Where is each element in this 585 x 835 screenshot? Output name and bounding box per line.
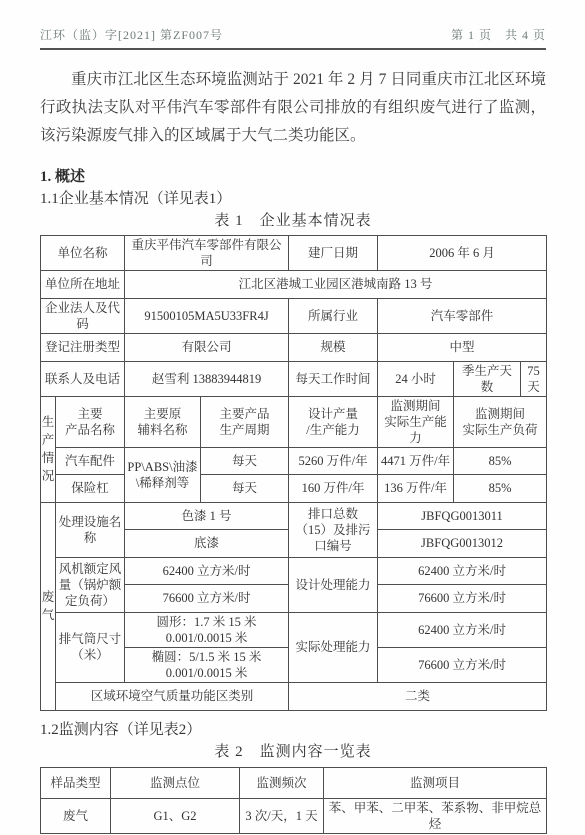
table-row: 保险杠 每天 160 万件/年 136 万件/年 85% [41, 474, 547, 502]
prod-header-actual: 监测期间 实际生产能力 [378, 396, 454, 447]
prod-header-material: 主要原 辅料名称 [125, 396, 201, 447]
fan-2: 76600 立方米/时 [125, 584, 289, 612]
actual-capacity-label: 实际处理能力 [289, 612, 378, 682]
contact-label: 联系人及电话 [41, 361, 125, 396]
table-row: 风机额定风 量（锅炉额 定负荷） 62400 立方米/时 设计处理能力 6240… [41, 557, 547, 584]
address-label: 单位所在地址 [41, 270, 125, 298]
table-row: 汽车配件 PP\ABS\油漆 \稀释剂等 每天 5260 万件/年 4471 万… [41, 447, 547, 474]
outlet-2: JBFQG0013012 [378, 529, 547, 557]
unit-name-label: 单位名称 [41, 235, 125, 270]
table-row: 废气 处理设施名 称 色漆 1 号 排口总数 （15）及排污 口编号 JBFQG… [41, 502, 547, 529]
work-time-value: 24 小时 [378, 361, 454, 396]
table-row: 企业法人及代码 91500105MA5U33FR4J 所属行业 汽车零部件 [41, 298, 547, 333]
legal-code-value: 91500105MA5U33FR4J [125, 298, 289, 333]
t2-items: 苯、甲苯、二甲苯、苯系物、非甲烷总烃 [324, 798, 547, 833]
intro-paragraph: 重庆市江北区生态环境监测站于 2021 年 2 月 7 日同重庆市江北区环境行政… [40, 66, 546, 150]
industry-value: 汽车零部件 [378, 298, 547, 333]
monitoring-content-table: 样品类型 监测点位 监测频次 监测项目 废气 G1、G2 3 次/天，1 天 苯… [40, 767, 547, 834]
table1-caption: 表 1 企业基本情况表 [40, 210, 546, 232]
season-days-label: 季生产天数 [454, 361, 521, 396]
actual-capacity-1: 62400 立方米/时 [378, 612, 547, 647]
reg-type-value: 有限公司 [125, 333, 289, 361]
facility-2: 底漆 [125, 529, 289, 557]
section-heading: 1. 概述 [40, 166, 546, 188]
company-info-table: 单位名称 重庆平伟汽车零部件有限公司 建厂日期 2006 年 6 月 单位所在地… [40, 235, 547, 711]
fan-1: 62400 立方米/时 [125, 557, 289, 584]
address-value: 江北区港城工业园区港城南路 13 号 [125, 270, 547, 298]
prod-material: PP\ABS\油漆 \稀释剂等 [125, 447, 201, 502]
document-number: 江环（监）字[2021] 第ZF007号 [40, 26, 223, 43]
design-capacity-label: 设计处理能力 [289, 557, 378, 612]
outlet-1: JBFQG0013011 [378, 502, 547, 529]
contact-value: 赵雪利 13883944819 [125, 361, 289, 396]
prod1-cycle: 每天 [201, 447, 289, 474]
table-row: 联系人及电话 赵雪利 13883944819 每天工作时间 24 小时 季生产天… [41, 361, 547, 396]
facility-1: 色漆 1 号 [125, 502, 289, 529]
table-row: 区域环境空气质量功能区类别 二类 [41, 682, 547, 710]
production-group-label: 生产情况 [41, 396, 56, 502]
table-row: 单位名称 重庆平伟汽车零部件有限公司 建厂日期 2006 年 6 月 [41, 235, 547, 270]
reg-type-label: 登记注册类型 [41, 333, 125, 361]
t2-header-point: 监测点位 [111, 767, 240, 798]
t2-header-frequency: 监测频次 [240, 767, 324, 798]
table-row: 废气 G1、G2 3 次/天，1 天 苯、甲苯、二甲苯、苯系物、非甲烷总烃 [41, 798, 547, 833]
design-capacity-2: 76600 立方米/时 [378, 584, 547, 612]
prod2-load: 85% [454, 474, 547, 502]
t2-header-items: 监测项目 [324, 767, 547, 798]
prod2-actual: 136 万件/年 [378, 474, 454, 502]
prod1-product: 汽车配件 [56, 447, 125, 474]
page-header: 江环（监）字[2021] 第ZF007号 第 1 页 共 4 页 [40, 26, 546, 50]
scale-label: 规模 [289, 333, 378, 361]
scale-value: 中型 [378, 333, 547, 361]
prod1-load: 85% [454, 447, 547, 474]
table-row: 单位所在地址 江北区港城工业园区港城南路 13 号 [41, 270, 547, 298]
fan-label: 风机额定风 量（锅炉额 定负荷） [56, 557, 125, 612]
subsection-1-1: 1.1企业基本情况（详见表1） [40, 188, 546, 210]
legal-code-label: 企业法人及代码 [41, 298, 125, 333]
t2-frequency: 3 次/天，1 天 [240, 798, 324, 833]
actual-capacity-2: 76600 立方米/时 [378, 647, 547, 682]
document-page: 江环（监）字[2021] 第ZF007号 第 1 页 共 4 页 重庆市江北区生… [0, 0, 585, 835]
prod2-product: 保险杠 [56, 474, 125, 502]
prod-header-load: 监测期间 实际生产负荷 [454, 396, 547, 447]
stack-1: 圆形：1.7 米 15 米 0.001/0.0015 米 [125, 612, 289, 647]
table-row: 样品类型 监测点位 监测频次 监测项目 [41, 767, 547, 798]
build-date-value: 2006 年 6 月 [378, 235, 547, 270]
table-row: 登记注册类型 有限公司 规模 中型 [41, 333, 547, 361]
build-date-label: 建厂日期 [289, 235, 378, 270]
t2-sample-type: 废气 [41, 798, 111, 833]
prod-header-design: 设计产量 /生产能力 [289, 396, 378, 447]
outlet-label: 排口总数 （15）及排污 口编号 [289, 502, 378, 557]
prod-header-product: 主要 产品名称 [56, 396, 125, 447]
prod2-cycle: 每天 [201, 474, 289, 502]
t2-header-sample-type: 样品类型 [41, 767, 111, 798]
stack-label: 排气筒尺寸 （米） [56, 612, 125, 682]
subsection-1-2: 1.2监测内容（详见表2） [40, 719, 546, 741]
page-number: 第 1 页 共 4 页 [451, 26, 546, 43]
prod1-design: 5260 万件/年 [289, 447, 378, 474]
unit-name-value: 重庆平伟汽车零部件有限公司 [125, 235, 289, 270]
function-zone-label: 区域环境空气质量功能区类别 [56, 682, 289, 710]
table2-caption: 表 2 监测内容一览表 [40, 741, 546, 763]
prod-header-cycle: 主要产品 生产周期 [201, 396, 289, 447]
function-zone-value: 二类 [289, 682, 547, 710]
waste-gas-group-label: 废气 [41, 502, 56, 710]
table-row: 排气筒尺寸 （米） 圆形：1.7 米 15 米 0.001/0.0015 米 实… [41, 612, 547, 647]
industry-label: 所属行业 [289, 298, 378, 333]
prod1-actual: 4471 万件/年 [378, 447, 454, 474]
prod2-design: 160 万件/年 [289, 474, 378, 502]
work-time-label: 每天工作时间 [289, 361, 378, 396]
facility-label: 处理设施名 称 [56, 502, 125, 557]
design-capacity-1: 62400 立方米/时 [378, 557, 547, 584]
stack-2: 椭圆：5/1.5 米 15 米 0.001/0.0015 米 [125, 647, 289, 682]
table-row: 生产情况 主要 产品名称 主要原 辅料名称 主要产品 生产周期 设计产量 /生产… [41, 396, 547, 447]
season-days-value: 75 天 [521, 361, 547, 396]
t2-point: G1、G2 [111, 798, 240, 833]
